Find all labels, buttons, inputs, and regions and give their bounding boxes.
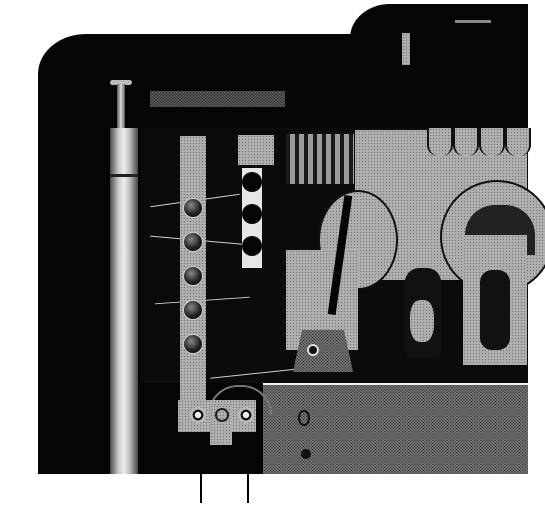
top-knob-slot (402, 33, 410, 65)
plate-screw (301, 449, 311, 459)
rod-tip (117, 84, 125, 128)
panel-tab (479, 128, 505, 156)
shelf-label-strip (150, 91, 285, 107)
knob (242, 236, 262, 256)
panel-tab (427, 128, 453, 156)
component-right-shadow (480, 270, 510, 350)
plate-hole (298, 410, 310, 426)
callout-line-left (200, 472, 202, 503)
grille (286, 134, 354, 184)
bottom-plate (263, 383, 528, 476)
terminal-screw-left (190, 407, 206, 423)
panel-tab (453, 128, 479, 156)
component-highlight (410, 300, 434, 342)
upper-bracket (238, 135, 274, 165)
knob (242, 172, 262, 192)
knob (242, 204, 262, 224)
tube-socket-strip (180, 136, 206, 414)
vertical-rod (110, 128, 138, 474)
top-highlight (455, 20, 491, 23)
relay-base (293, 330, 353, 372)
knob-column (242, 168, 262, 268)
cabinet-top-hump (350, 4, 528, 64)
page-margin (0, 474, 545, 515)
tube-socket (183, 232, 203, 252)
callout-line-right (247, 472, 249, 503)
terminal-screw-right (238, 407, 254, 423)
terminal-center-screw (215, 408, 229, 422)
tube-socket (183, 198, 203, 218)
tube-socket (183, 266, 203, 286)
equipment-photo (0, 0, 545, 515)
panel-tabs (425, 128, 527, 158)
tube-socket (183, 300, 203, 320)
relay-screw (307, 344, 319, 356)
panel-tab (505, 128, 531, 156)
tube-socket (183, 334, 203, 354)
